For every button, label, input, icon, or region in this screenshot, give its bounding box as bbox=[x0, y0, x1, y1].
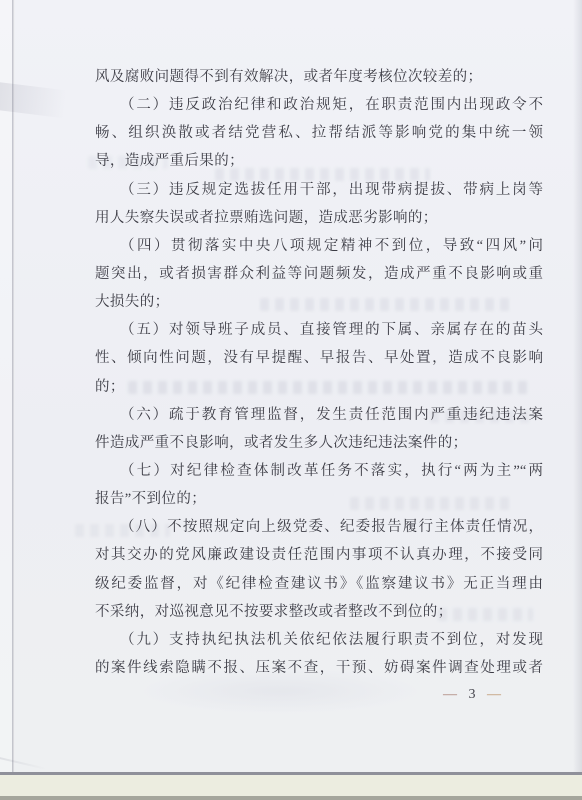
text-line: 题突出，或者损害群众利益等问题频发，造成严重不良影响或重 bbox=[95, 260, 543, 288]
text-line: 风及腐败问题得不到有效解决，或者年度考核位次较差的； bbox=[95, 63, 543, 91]
text-line: 大损失的； bbox=[95, 288, 543, 316]
text-line: 报告”不到位的； bbox=[95, 485, 543, 513]
text-line: 件造成严重不良影响，或者发生多人次违纪违法案件的； bbox=[95, 429, 543, 457]
document-body: 风及腐败问题得不到有效解决，或者年度考核位次较差的； （二）违反政治纪律和政治规… bbox=[95, 63, 543, 682]
text-line: 不采纳，对巡视意见不按要求整改或者整改不到位的； bbox=[95, 598, 543, 626]
text-line: 对其交办的党风廉政建设责任范围内事项不认真办理，不接受同 bbox=[95, 541, 543, 569]
text-line: （四）贯彻落实中央八项规定精神不到位，导致“四风”问 bbox=[95, 232, 543, 260]
scanner-bed-strip bbox=[0, 772, 582, 800]
paper-left-margin-edge bbox=[0, 0, 12, 773]
text-line: （三）违反规定选拔任用干部，出现带病提拔、带病上岗等 bbox=[95, 176, 543, 204]
text-line: （五）对领导班子成员、直接管理的下属、亲属存在的苗头 bbox=[95, 316, 543, 344]
scanned-document-page: 风及腐败问题得不到有效解决，或者年度考核位次较差的； （二）违反政治纪律和政治规… bbox=[0, 0, 582, 800]
text-line: （二）违反政治纪律和政治规矩，在职责范围内出现政令不 bbox=[95, 91, 543, 119]
text-line: （七）对纪律检查体制改革任务不落实，执行“两为主”“两 bbox=[95, 457, 543, 485]
text-line: 导，造成严重后果的； bbox=[95, 147, 543, 175]
paper-fold-line bbox=[12, 0, 15, 773]
text-line: 的； bbox=[95, 373, 543, 401]
text-line: 级纪委监督，对《纪律检查建议书》《监察建议书》无正当理由 bbox=[95, 570, 543, 598]
text-line: （九）支持执纪执法机关依纪依法履行职责不到位，对发现 bbox=[95, 626, 543, 654]
text-line: （六）疏于教育管理监督，发生责任范围内严重违纪违法案 bbox=[95, 401, 543, 429]
page-number-dash-right: — bbox=[487, 687, 501, 702]
page-number-value: 3 bbox=[469, 687, 476, 702]
text-line: （八）不按照规定向上级党委、纪委报告履行主体责任情况， bbox=[95, 513, 543, 541]
text-line: 性、倾向性问题，没有早提醒、早报告、早处置，造成不良影响 bbox=[95, 344, 543, 372]
text-line: 用人失察失误或者拉票贿选问题，造成恶劣影响的； bbox=[95, 204, 543, 232]
page-number-dash-left: — bbox=[443, 687, 457, 702]
paper-right-shadow bbox=[573, 0, 582, 772]
page-number: — 3 — bbox=[443, 687, 501, 703]
text-line: 的案件线索隐瞒不报、压案不查，干预、妨碍案件调查处理或者 bbox=[95, 654, 543, 682]
text-line: 畅、组织涣散或者结党营私、拉帮结派等影响党的集中统一领 bbox=[95, 119, 543, 147]
